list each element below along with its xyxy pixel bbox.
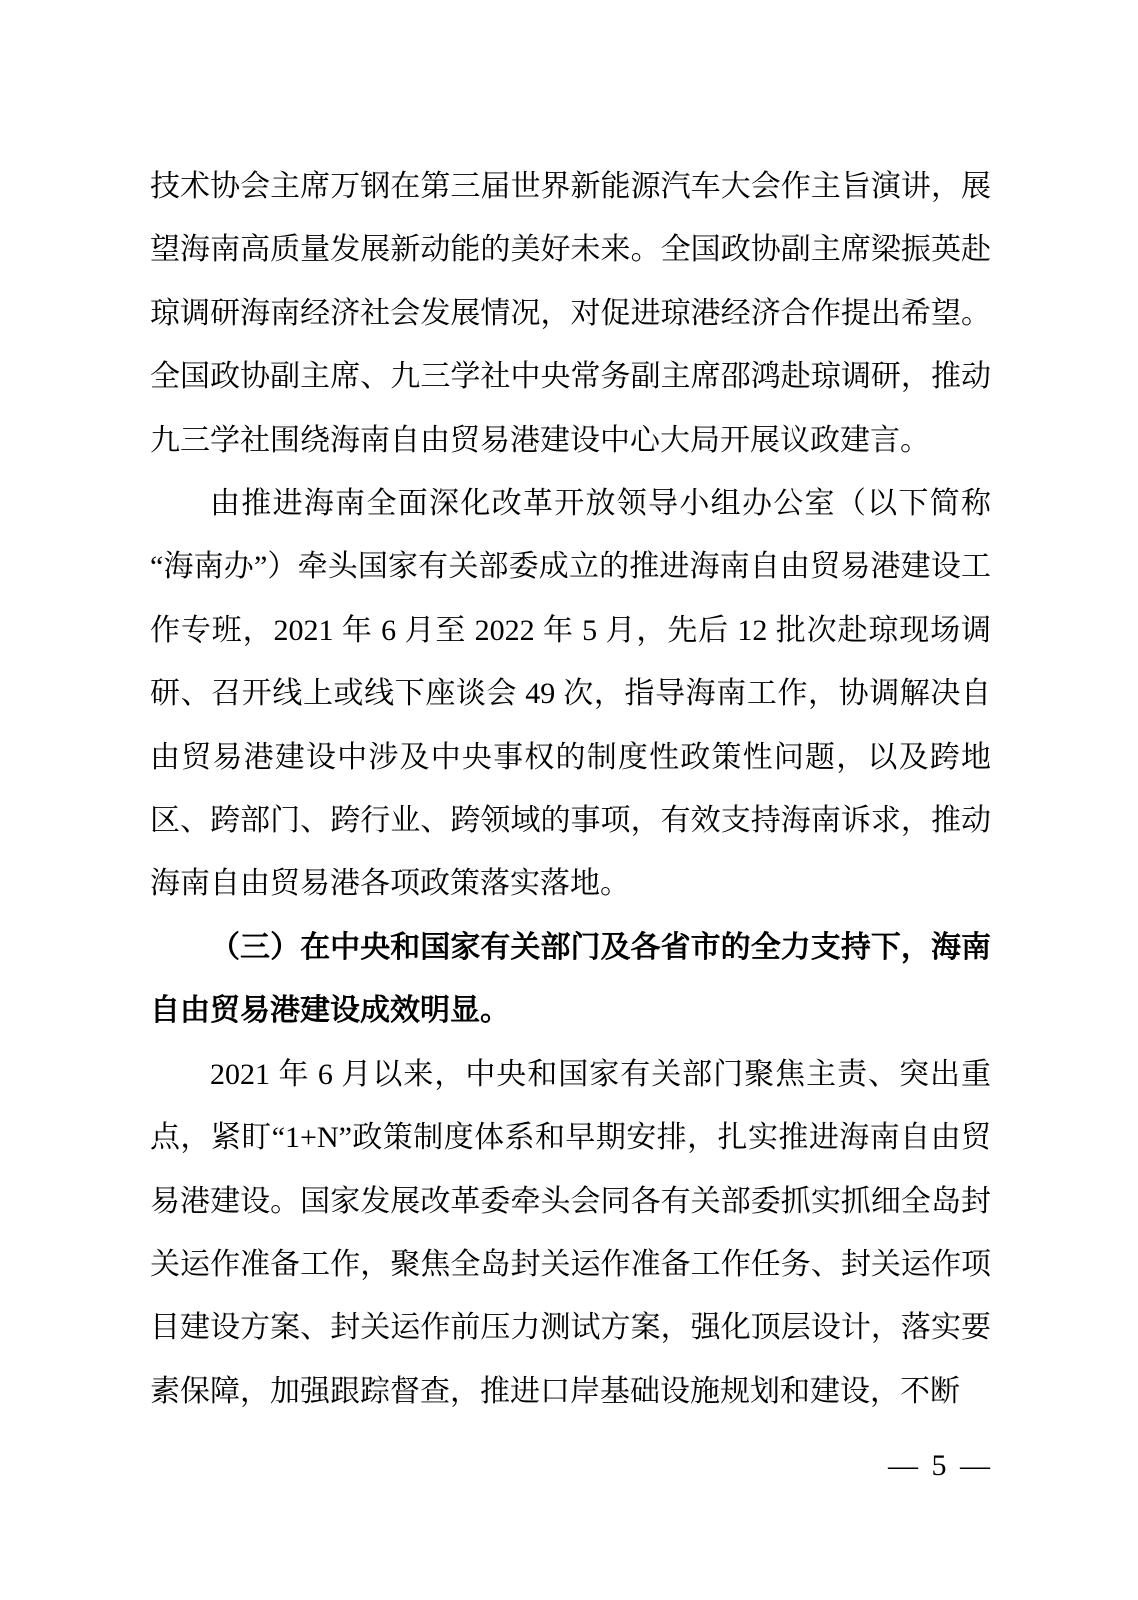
- section-heading: （三）在中央和国家有关部门及各省市的全力支持下，海南自由贸易港建设成效明显。: [150, 916, 991, 1043]
- document-body: 技术协会主席万钢在第三届世界新能源汽车大会作主旨演讲，展望海南高质量发展新动能的…: [150, 155, 991, 1423]
- page-number: — 5 —: [888, 1446, 990, 1486]
- paragraph-continuation: 技术协会主席万钢在第三届世界新能源汽车大会作主旨演讲，展望海南高质量发展新动能的…: [150, 155, 991, 472]
- document-page: 技术协会主席万钢在第三届世界新能源汽车大会作主旨演讲，展望海南高质量发展新动能的…: [0, 0, 1138, 1600]
- paragraph: 2021 年 6 月以来，中央和国家有关部门聚焦主责、突出重点，紧盯“1+N”政…: [150, 1043, 991, 1423]
- paragraph: 由推进海南全面深化改革开放领导小组办公室（以下简称“海南办”）牵头国家有关部委成…: [150, 472, 991, 916]
